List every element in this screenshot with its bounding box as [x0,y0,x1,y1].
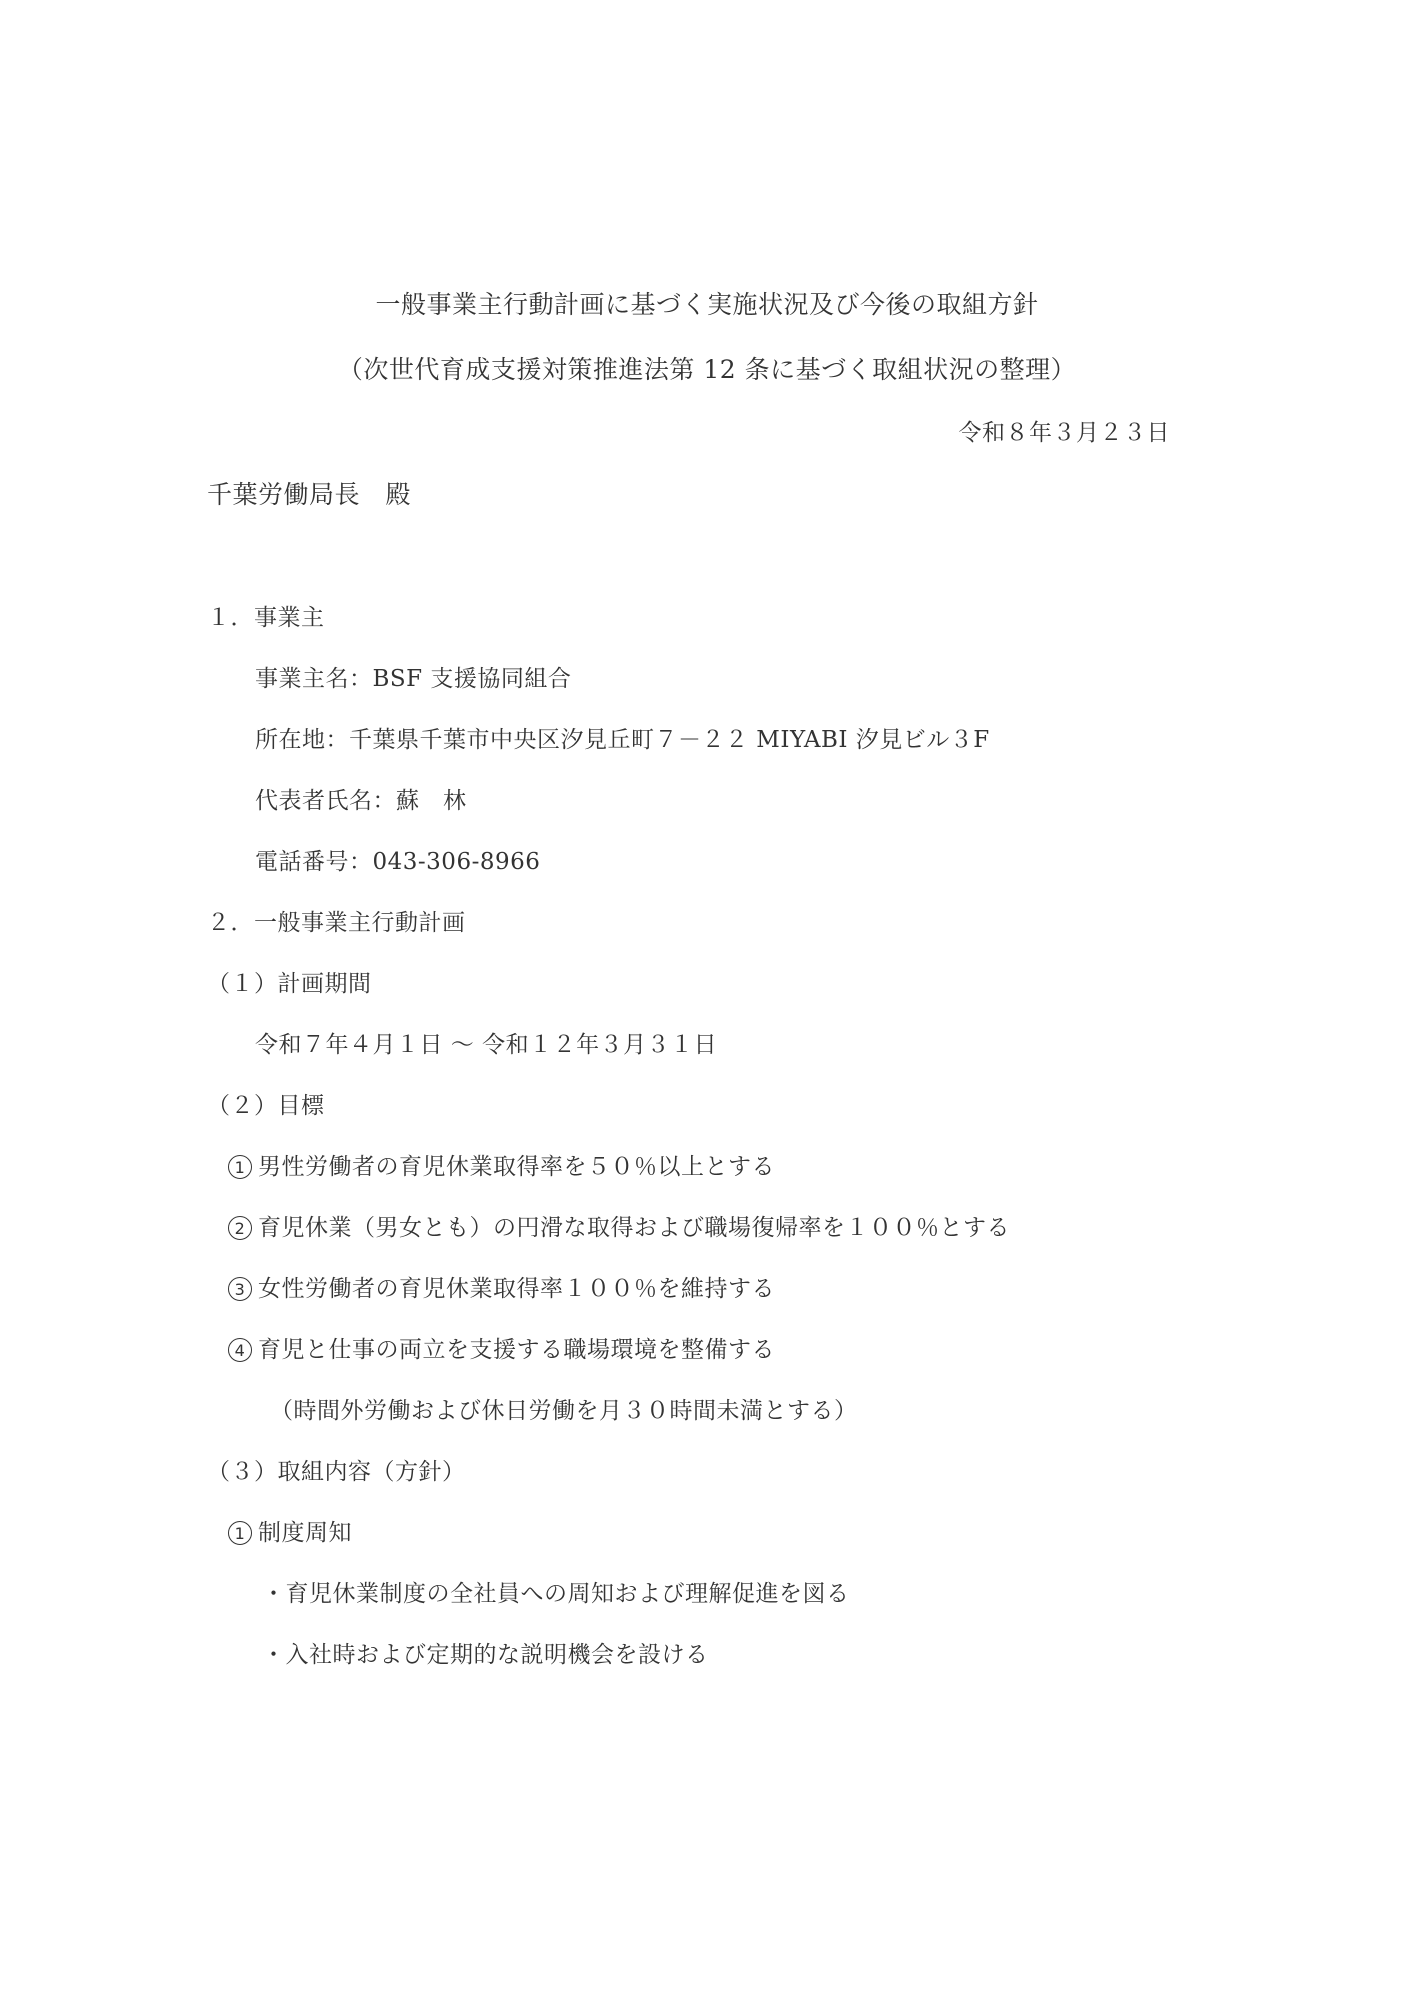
section1-heading: １．事業主 [207,603,325,633]
goal4-note: （時間外労働および休日労働を月３０時間未満とする） [270,1396,858,1426]
goal-item: 4育児と仕事の両立を支援する職場環境を整備する [228,1335,775,1365]
circled-number-icon: 3 [228,1277,252,1301]
goal-text: 育児休業（男女とも）の円滑な取得および職場復帰率を１００％とする [258,1215,1010,1241]
goals-heading: （２）目標 [207,1091,325,1121]
employer-address: 所在地：千葉県千葉市中央区汐見丘町７－２２ MIYABI 汐見ビル３F [255,725,990,755]
section2-heading: ２．一般事業主行動計画 [207,908,466,938]
measures-heading: （３）取組内容（方針） [207,1457,466,1487]
goal-text: 男性労働者の育児休業取得率を５０％以上とする [258,1154,775,1180]
employer-name: 事業主名：BSF 支援協同組合 [255,664,571,694]
phone-number: 電話番号：043-306-8966 [255,847,540,877]
circled-number-icon: 1 [228,1521,252,1545]
representative-name: 代表者氏名：蘇 林 [255,786,467,816]
measure-item: 1制度周知 [228,1518,352,1548]
goal-text: 女性労働者の育児休業取得率１００％を維持する [258,1276,775,1302]
addressee: 千葉労働局長 殿 [207,480,411,510]
document-subtitle: （次世代育成支援対策推進法第 12 条に基づく取組状況の整理） [0,355,1414,385]
circled-number-icon: 2 [228,1216,252,1240]
plan-period-heading: （１）計画期間 [207,969,372,999]
goal-text: 育児と仕事の両立を支援する職場環境を整備する [258,1337,775,1363]
document-page: 一般事業主行動計画に基づく実施状況及び今後の取組方針 （次世代育成支援対策推進法… [0,0,1414,2000]
goal-item: 1男性労働者の育児休業取得率を５０％以上とする [228,1152,775,1182]
goal-item: 3女性労働者の育児休業取得率１００％を維持する [228,1274,775,1304]
circled-number-icon: 4 [228,1338,252,1362]
document-date: 令和８年３月２３日 [959,418,1171,448]
measure-bullet: ・育児休業制度の全社員への周知および理解促進を図る [262,1579,850,1609]
measure-title: 制度周知 [258,1520,352,1546]
plan-period-value: 令和７年４月１日 ～ 令和１２年３月３１日 [255,1030,717,1060]
goal-item: 2育児休業（男女とも）の円滑な取得および職場復帰率を１００％とする [228,1213,1010,1243]
circled-number-icon: 1 [228,1155,252,1179]
measure-bullet: ・入社時および定期的な説明機会を設ける [262,1640,709,1670]
document-title: 一般事業主行動計画に基づく実施状況及び今後の取組方針 [0,290,1414,320]
